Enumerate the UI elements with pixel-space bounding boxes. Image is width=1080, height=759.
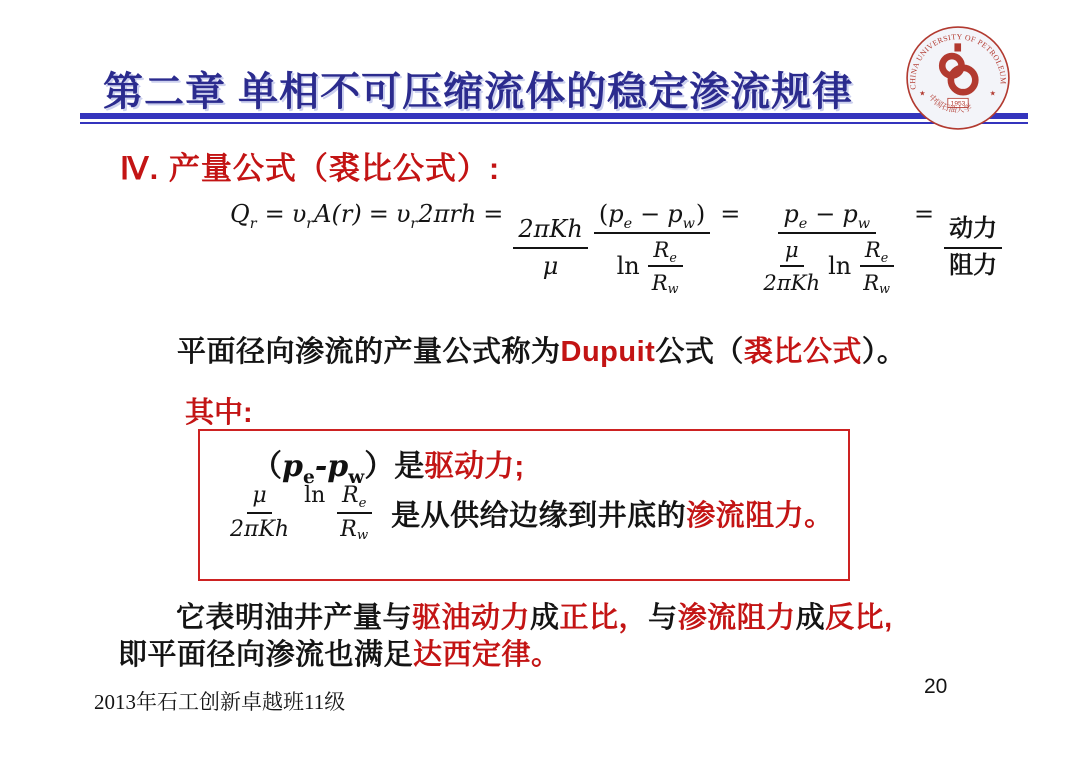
sentence-text: 公式（ (655, 336, 744, 368)
title-underline (80, 113, 1028, 124)
dupuit-name: Dupuit (561, 336, 656, 368)
equals-sign: = (369, 200, 389, 229)
fraction-mu-over-2piKh: μ 2πKh (225, 483, 294, 544)
equals-sign: = (483, 200, 503, 229)
term-vr-Ar: υrA(r) (292, 200, 362, 229)
sentence-text: 平面径向渗流的产量公式称为 (177, 336, 561, 368)
fraction-deltap-over-resistance: pe − pw μ 2πKh ln Re Rw (750, 200, 904, 295)
section-heading: Ⅳ. 产量公式（裘比公式）: (120, 143, 500, 188)
page-title: 第二章 单相不可压缩流体的稳定渗流规律 (103, 60, 933, 117)
equals-sign: = (720, 200, 740, 229)
fraction-mu-over-2piKh: μ 2πKh (758, 237, 825, 296)
seepage-resistance-term: 渗流阻力。 (686, 500, 834, 532)
resistance-formula: μ 2πKh ln Re Rw (222, 483, 377, 544)
fraction-Re-over-Rw: Re Rw (335, 483, 374, 544)
fraction-power-over-resistance: 动力 阻力 (944, 215, 1002, 281)
driving-force-term: 驱动力; (424, 441, 524, 485)
fraction-Re-over-Rw: Re Rw (858, 237, 896, 296)
equals-sign: = (914, 200, 934, 229)
qiubi-name: 裘比公式 (744, 336, 862, 368)
fraction-deltap-over-lnReRw: (pe − pw) ln Re Rw (594, 200, 710, 295)
university-seal-logo: CHINA UNIVERSITY OF PETROLEUM 1953 中国石油大… (902, 22, 1014, 136)
formula-row: Qr = υrA(r) = υr2πrh = 2πKh μ (pe − pw) (230, 200, 1005, 295)
term-Qr: Qr (230, 200, 258, 229)
resistance-text: 是从供给边缘到井底的渗流阻力。 (391, 493, 834, 534)
page-number: 20 (924, 675, 947, 699)
production-rate-formula: Qr = υrA(r) = υr2πrh = 2πKh μ (pe − pw) (230, 196, 850, 300)
logo-emblem-top (954, 43, 961, 51)
explanation-box: （pe-pw）是驱动力; μ 2πKh ln Re Rw 是从供给边缘到井底的渗… (198, 429, 850, 581)
fraction-Re-over-Rw: Re Rw (647, 237, 685, 296)
conclusion-line-2: 即平面径向渗流也满足达西定律。 (118, 637, 918, 674)
resistance-line: μ 2πKh ln Re Rw 是从供给边缘到井底的渗流阻力。 (222, 483, 834, 544)
term-vr-2pirh: υr2πrh (396, 200, 476, 229)
dupuit-sentence: 平面径向渗流的产量公式称为Dupuit公式（裘比公式）。 (177, 329, 906, 370)
driving-force-line: （pe-pw）是驱动力; (252, 441, 524, 485)
star-icon: ★ (919, 89, 925, 97)
equals-sign: = (265, 200, 285, 229)
fraction-2piKh-over-mu: 2πKh μ (513, 215, 587, 281)
conclusion-line-1: 它表明油井产量与驱油动力成正比，与渗流阻力成反比, (118, 600, 918, 637)
wherein-label: 其中: (185, 390, 253, 431)
star-icon: ★ (990, 89, 996, 97)
sentence-text: ）。 (862, 336, 907, 368)
footer-class-label: 2013年石工创新卓越班11级 (94, 686, 345, 716)
conclusion-paragraph: 它表明油井产量与驱油动力成正比，与渗流阻力成反比, 即平面径向渗流也满足达西定律… (118, 600, 918, 674)
